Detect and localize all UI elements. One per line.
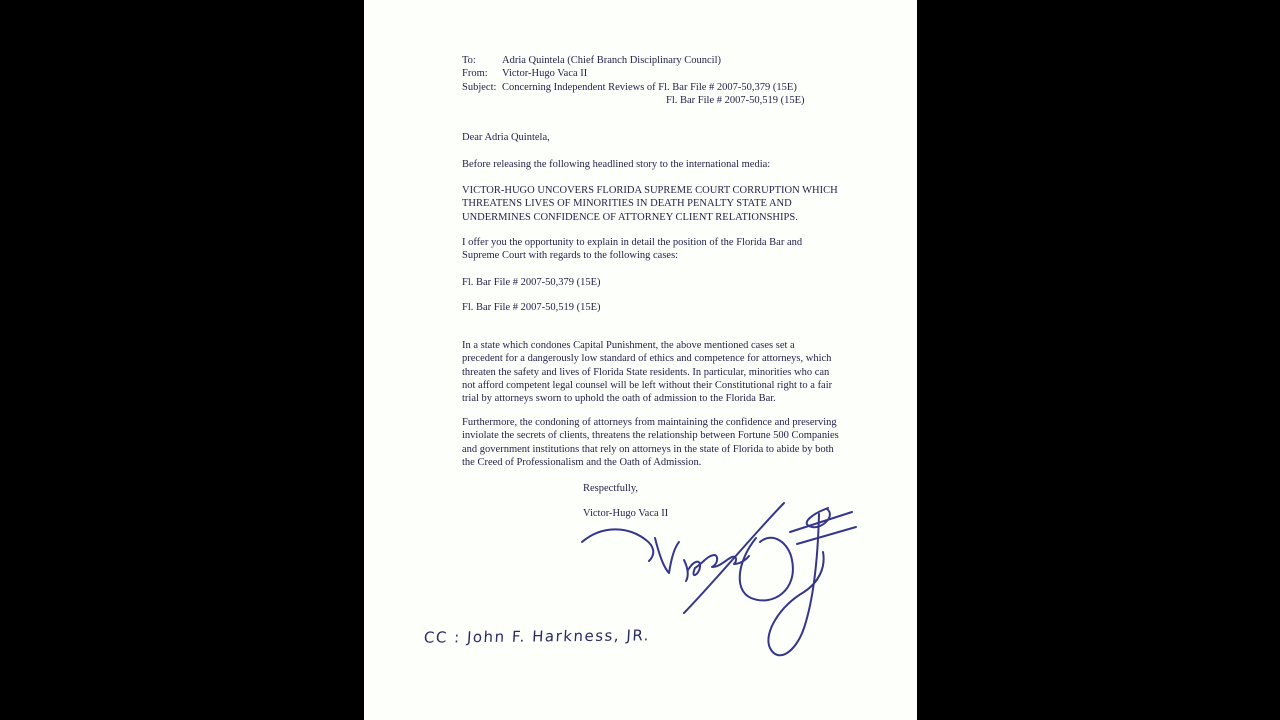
subject-value: Concerning Independent Reviews of Fl. Ba… <box>502 81 917 108</box>
handwritten-cc-line: CC : John F. Harkness, JR. <box>423 628 744 645</box>
typed-signer-name: Victor-Hugo Vaca II <box>583 507 783 520</box>
subject-label: Subject: <box>462 81 502 108</box>
signature-ink-strokes <box>576 498 876 673</box>
letterboxed-scan-background: To: Adria Quintela (Chief Branch Discipl… <box>0 0 1280 720</box>
from-value: Victor-Hugo Vaca II <box>502 67 917 80</box>
closing-line: Respectfully, <box>583 482 783 495</box>
salutation: Dear Adria Quintela, <box>462 131 917 144</box>
furthermore-paragraph: Furthermore, the condoning of attorneys … <box>462 416 917 469</box>
from-label: From: <box>462 67 502 80</box>
memo-row-to: To: Adria Quintela (Chief Branch Discipl… <box>462 54 917 67</box>
handwritten-signature-victor-hugo <box>576 498 876 673</box>
memo-row-subject: Subject: Concerning Independent Reviews … <box>462 81 917 108</box>
case-file-2: Fl. Bar File # 2007-50,519 (15E) <box>462 301 917 314</box>
headline-paragraph: VICTOR-HUGO UNCOVERS FLORIDA SUPREME COU… <box>462 184 917 224</box>
to-value: Adria Quintela (Chief Branch Disciplinar… <box>502 54 917 67</box>
capital-punishment-paragraph: In a state which condones Capital Punish… <box>462 339 917 405</box>
memo-header: To: Adria Quintela (Chief Branch Discipl… <box>462 54 917 107</box>
subject-value-line1: Concerning Independent Reviews of Fl. Ba… <box>502 82 797 93</box>
case-file-1: Fl. Bar File # 2007-50,379 (15E) <box>462 276 917 289</box>
memo-row-from: From: Victor-Hugo Vaca II <box>462 67 917 80</box>
to-label: To: <box>462 54 502 67</box>
offer-paragraph: I offer you the opportunity to explain i… <box>462 236 917 263</box>
scanned-letter-page: To: Adria Quintela (Chief Branch Discipl… <box>364 0 917 720</box>
subject-value-line2: Fl. Bar File # 2007-50,519 (15E) <box>666 94 917 107</box>
intro-line: Before releasing the following headlined… <box>462 158 917 171</box>
